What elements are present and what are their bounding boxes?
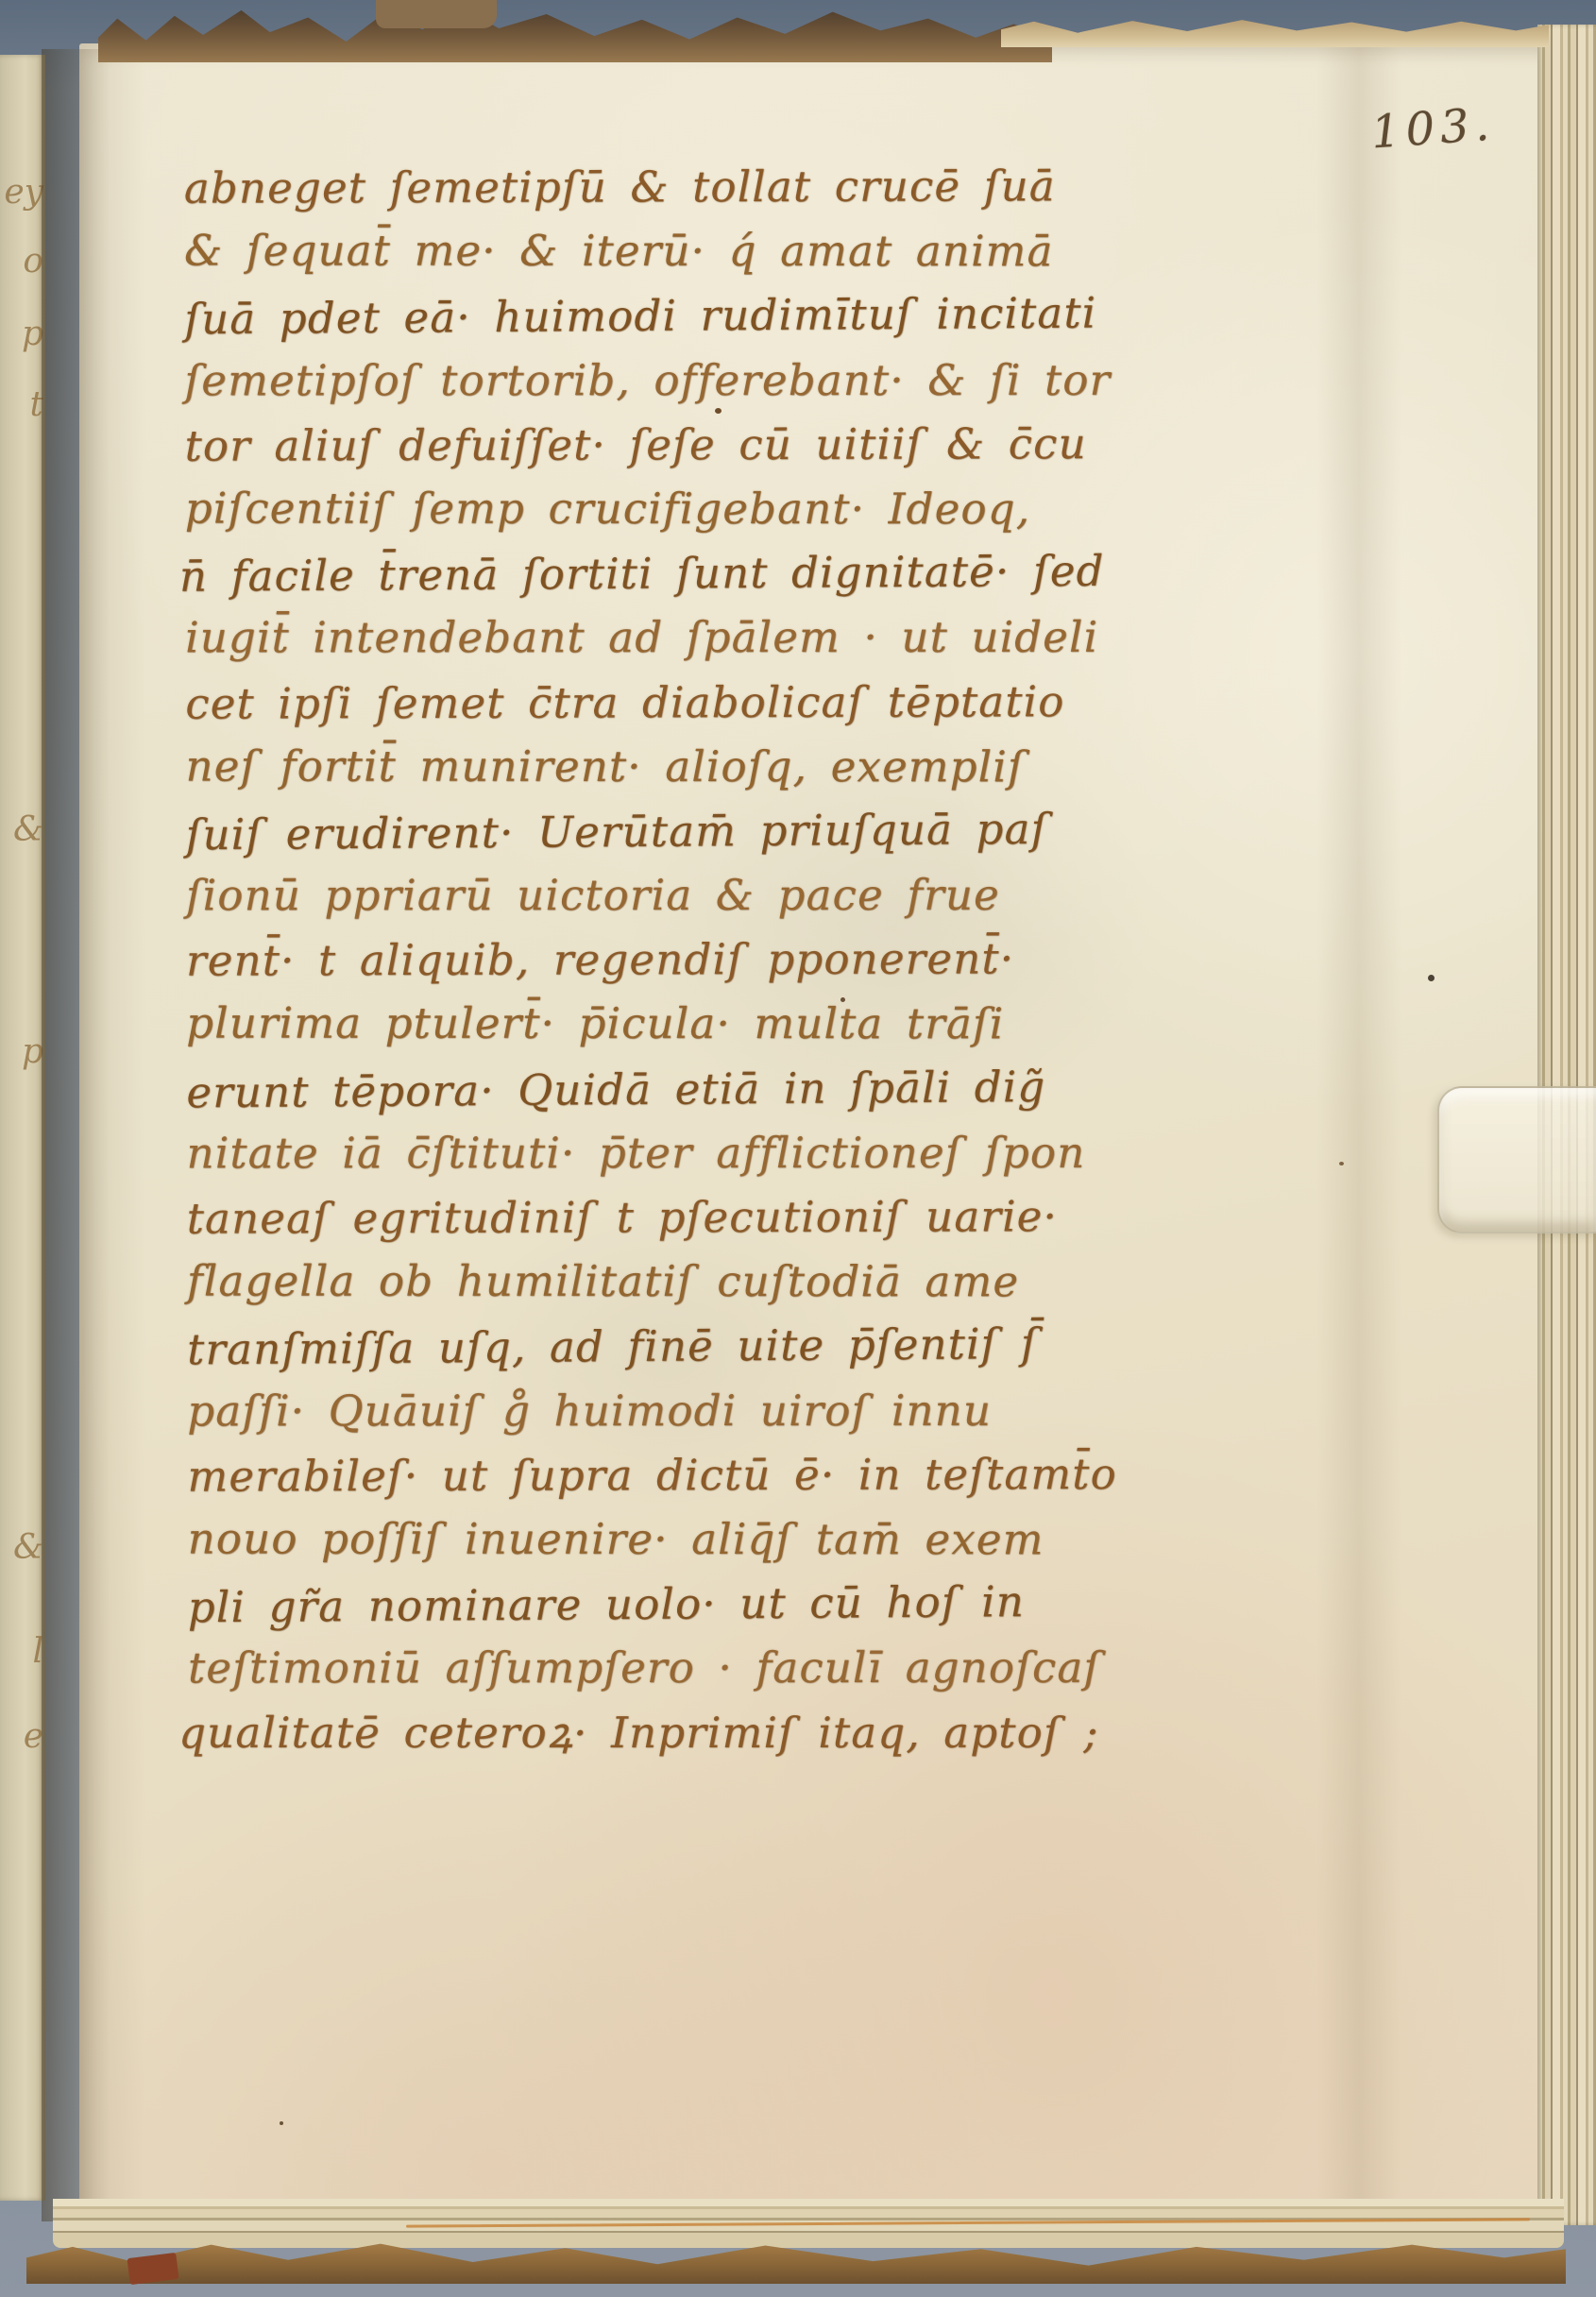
margin-text-fragment: p bbox=[22, 1032, 43, 1071]
text-line: ſionū ppriarū uictoria & pace frue bbox=[186, 863, 1338, 928]
ink-speck bbox=[1428, 975, 1435, 981]
text-line: ſuā pdet eā· huimodi rudimītuſ incitati bbox=[184, 280, 1336, 352]
text-line: taneaſ egritudiniſ t pſecutioniſ uarie· bbox=[187, 1183, 1339, 1251]
margin-text-fragment: & bbox=[13, 1528, 43, 1567]
text-line: nitate iā c̄ſtituti· p̄ter afflictioneſ … bbox=[187, 1120, 1339, 1185]
top-edge-light bbox=[1001, 15, 1549, 47]
text-line: abneget ſemetipſū & tollat crucē ſuā bbox=[184, 153, 1336, 220]
text-line: qualitatē ceteroꝝ· Inprimiſ itaq, aptoſ … bbox=[178, 1701, 1331, 1765]
ink-speck bbox=[280, 2121, 283, 2125]
margin-text-fragment: o bbox=[23, 242, 43, 281]
leather-remnant-top bbox=[376, 0, 497, 28]
folio-number: 103. bbox=[1369, 98, 1496, 160]
ink-speck bbox=[840, 997, 845, 1002]
text-line: tor aliuſ defuiſſet· ſeſe cū uitiiſ & c̄… bbox=[184, 411, 1336, 478]
ink-speck bbox=[715, 408, 722, 414]
text-line: iugit̄ intendebant ad ſpālem · ut uideli bbox=[185, 605, 1337, 671]
text-line: neſ fortit̄ munirent· alioſq, exempliſ bbox=[185, 734, 1337, 799]
text-line: erunt tēpora· Quidā etiā in ſpāli dig̃ bbox=[186, 1052, 1338, 1125]
text-line: rent̄· t aliquib, regendiſ pponerent̄· bbox=[186, 927, 1338, 994]
text-line: nouo poſſiſ inuenire· aliq̄ſ tam̄ exem bbox=[188, 1506, 1340, 1572]
worn-top-edge bbox=[98, 8, 1052, 62]
facing-page-edge: ey o p t & p & l e bbox=[0, 55, 45, 2201]
text-line: n̄ facile t̄renā ſortiti ſunt dignitatē·… bbox=[179, 537, 1332, 609]
text-line: teſtimoniū aſſumpſero · faculī agnoſcaſ bbox=[188, 1636, 1340, 1701]
manuscript-photo: ey o p t & p & l e 103. abneget ſemetipſ… bbox=[0, 0, 1596, 2297]
text-line: flagella ob humilitatiſ cuſtodiā ame bbox=[187, 1250, 1339, 1315]
text-line: & ſequat̄ me· & iterū· q́ amat animā bbox=[184, 219, 1336, 284]
text-line: ſemetipſoſ tortorib, offerebant· & ſi to… bbox=[184, 348, 1336, 413]
margin-text-fragment: e bbox=[24, 1717, 43, 1756]
book-gutter-shadow bbox=[42, 49, 145, 2221]
text-line: paſſi· Quāuiſ g̊ huimodi uiroſ innu bbox=[187, 1378, 1339, 1443]
margin-text-fragment: p bbox=[22, 315, 43, 353]
margin-text-fragment: ey bbox=[4, 173, 43, 212]
ink-speck bbox=[1339, 1162, 1344, 1166]
text-line: tranſmiſſa uſq, ad finē uite p̄ſentiſ ſ̄ bbox=[187, 1310, 1339, 1383]
text-line: plurima ptulert̄· p̄icula· multa trāſi bbox=[186, 992, 1338, 1057]
text-line: piſcentiiſ ſemp crucifigebant· Ideoq, bbox=[185, 476, 1337, 541]
parchment-tab bbox=[1437, 1086, 1596, 1234]
margin-text-fragment: & bbox=[13, 810, 43, 849]
text-line: pli gr̃a nominare uolo· ut cū hoſ in bbox=[188, 1568, 1340, 1641]
text-line: cet ipſi ſemet c̄tra diabolicaſ tēptatio bbox=[185, 669, 1337, 736]
text-block: abneget ſemetipſū & tollat crucē ſuā & ſ… bbox=[184, 153, 1340, 1766]
text-line: ſuiſ erudirent· Uerūtam̄ priuſquā paſ bbox=[185, 795, 1337, 868]
text-line: merabileſ· ut ſupra dictū ē· in teſtamt̄… bbox=[187, 1441, 1339, 1508]
